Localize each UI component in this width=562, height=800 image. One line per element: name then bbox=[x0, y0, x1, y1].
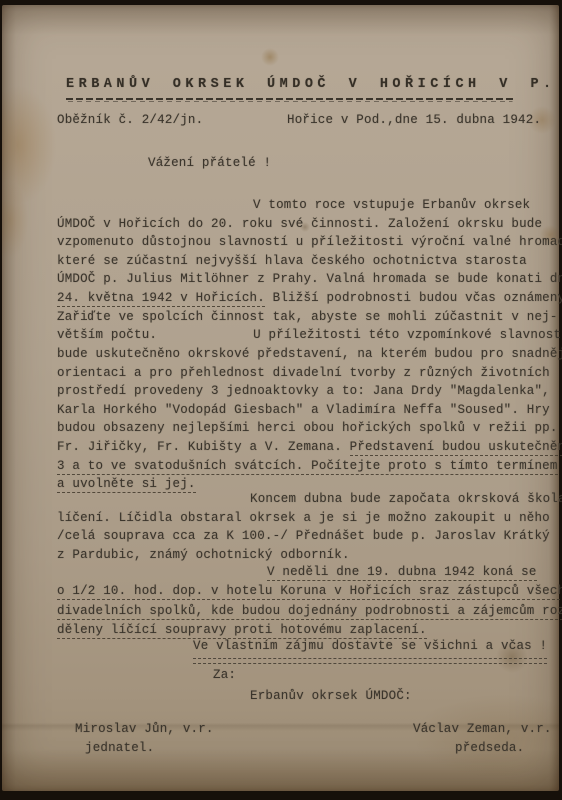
typewritten-circular: ERBANŮV OKRSEK ÚMDOČ V HOŘICÍCH V P. Obě… bbox=[57, 0, 537, 800]
title-underline-rule bbox=[66, 98, 515, 103]
text-line: /celá souprava cca za K 100.-/ Přednášet… bbox=[57, 527, 562, 546]
photo-background: ERBANŮV OKRSEK ÚMDOČ V HOŘICÍCH V P. Obě… bbox=[0, 0, 562, 800]
underlined-date-hořice: 24. května 1942 v Hořicích. bbox=[57, 291, 265, 307]
paragraph-1: V tomto roce vstupuje Erbanův okrsek ÚMD… bbox=[57, 196, 562, 345]
text-line: divadelních spolků, kde budou dojednány … bbox=[57, 602, 562, 621]
text-line: V neděli dne 19. dubna 1942 koná se bbox=[57, 563, 562, 582]
text-line: líčení. Líčidla obstaral okrsek a je si … bbox=[57, 509, 562, 528]
paragraph-2: bude uskutečněno okrskové představení, n… bbox=[57, 345, 562, 494]
text-line: Koncem dubna bude započata okrsková škol… bbox=[57, 490, 562, 509]
text-line: Zařiďte ve spolcích činnost tak, abyste … bbox=[57, 308, 562, 327]
text-line: o 1/2 10. hod. dop. v hotelu Koruna v Ho… bbox=[57, 582, 562, 601]
signatory-role: jednatel. bbox=[75, 739, 214, 758]
text-line: budou obsazeny nejlepšími herci obou hoř… bbox=[57, 419, 562, 438]
text-line: ÚMDOČ p. Julius Mitlöhner z Prahy. Valná… bbox=[57, 270, 562, 289]
circular-number: Oběžník č. 2/42/jn. bbox=[57, 113, 203, 127]
reference-row: Oběžník č. 2/42/jn. Hořice v Pod.,dne 15… bbox=[57, 111, 537, 130]
text-line: 3 a to ve svatodušních svátcích. Počítej… bbox=[57, 457, 562, 476]
organization-line: Erbanův okrsek ÚMDOČ: bbox=[250, 687, 412, 706]
text-line: ÚMDOČ v Hořicích do 20. roku své činnost… bbox=[57, 215, 562, 234]
text-line: větším počtu.U příležitosti této vzpomín… bbox=[57, 326, 562, 345]
text-line: 24. května 1942 v Hořicích. Bližší podro… bbox=[57, 289, 562, 308]
za-label: Za: bbox=[213, 666, 236, 685]
closing-appeal: Ve vlastním zájmu dostavte se všichni a … bbox=[193, 637, 547, 664]
text-line: prostředí provedeny 3 jednoaktovky a to:… bbox=[57, 382, 562, 401]
place-and-date: Hořice v Pod.,dne 15. dubna 1942. bbox=[287, 111, 541, 130]
paragraph-3: Koncem dubna bude započata okrsková škol… bbox=[57, 490, 562, 564]
page-title: ERBANŮV OKRSEK ÚMDOČ V HOŘICÍCH V P. bbox=[66, 76, 556, 95]
signatory-role: předseda. bbox=[413, 739, 552, 758]
signatory-name: Miroslav Jůn, v.r. bbox=[75, 720, 214, 739]
text-line: bude uskutečněno okrskové představení, n… bbox=[57, 345, 562, 364]
signatory-name: Václav Zeman, v.r. bbox=[413, 720, 552, 739]
text-line: Karla Horkého "Vodopád Giesbach" a Vladi… bbox=[57, 401, 562, 420]
text-line: Fr. Jiřičky, Fr. Kubišty a V. Zemana. Př… bbox=[57, 438, 562, 457]
text-line: V tomto roce vstupuje Erbanův okrsek bbox=[57, 196, 562, 215]
paragraph-2-start: U příležitosti této vzpomínkové slavnost… bbox=[253, 328, 562, 342]
text-line: z Pardubic, známý ochotnický odborník. bbox=[57, 546, 562, 565]
underlined-announcement: Představení budou uskutečněna bbox=[350, 440, 562, 456]
text-line: orientaci a pro přehlednost divadelní tv… bbox=[57, 364, 562, 383]
double-dashed-rule bbox=[193, 658, 547, 664]
text-line: vzpomenuto důstojnou slavností u příleži… bbox=[57, 233, 562, 252]
signature-right: Václav Zeman, v.r. předseda. bbox=[413, 720, 552, 757]
signature-left: Miroslav Jůn, v.r. jednatel. bbox=[75, 720, 214, 757]
text-line: které se zúčastní nejvyšší hlava českého… bbox=[57, 252, 562, 271]
salutation: Vážení přátelé ! bbox=[148, 154, 271, 173]
paragraph-4-underlined: V neděli dne 19. dubna 1942 koná se o 1/… bbox=[57, 563, 562, 640]
